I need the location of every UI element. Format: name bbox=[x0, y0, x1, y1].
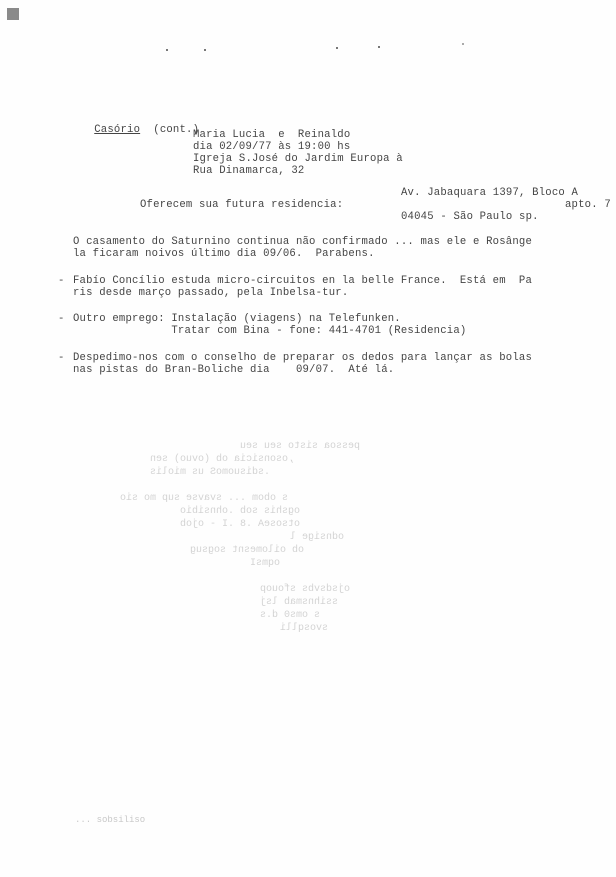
bullet-dash: - bbox=[58, 275, 65, 287]
scan-speck bbox=[166, 49, 168, 51]
wedding-date-time: dia 02/09/77 às 19:00 hs bbox=[193, 141, 350, 153]
scan-speck bbox=[204, 49, 206, 51]
bleed-through-line: ojsdsvbs sfouop bbox=[260, 583, 350, 596]
scan-speck bbox=[462, 43, 464, 45]
scan-speck bbox=[336, 47, 338, 49]
bleed-through-line: otsoseA .8 .I - ojob bbox=[180, 518, 300, 531]
paragraph-saturnino-line2: la ficaram noivos último dia 09/06. Para… bbox=[73, 248, 375, 260]
bleed-through-line: oqmsI bbox=[250, 557, 280, 570]
paragraph-saturnino-line1: O casamento do Saturnino continua não co… bbox=[73, 236, 532, 248]
bleed-through-line: odnsige l bbox=[290, 531, 344, 544]
paragraph-despedida-line1: Despedimo-nos com o conselho de preparar… bbox=[73, 352, 532, 364]
paragraph-emprego-line1: Outro emprego: Instalação (viagens) na T… bbox=[73, 313, 401, 325]
paragraph-fabio-line1: Fabío Concílio estuda micro-circuitos en… bbox=[73, 275, 532, 287]
footer-faint-text: ... sobsiliso bbox=[75, 815, 145, 825]
section-heading: Casório (cont.) bbox=[68, 112, 199, 148]
document-page: Casório (cont.) Maria Lucia e Reinaldo d… bbox=[0, 0, 616, 877]
bleed-through-line: ,osonsicia ob (ovuo) sen bbox=[150, 453, 294, 466]
bleed-through-line: pessoa sisto seu seu bbox=[240, 440, 360, 453]
paragraph-despedida-line2: nas pistas do Bran-Boliche dia 09/07. At… bbox=[73, 364, 394, 376]
heading-title: Casório bbox=[94, 124, 140, 136]
paragraph-fabio-line2: ris desde março passado, pela Inbelsa-tu… bbox=[73, 287, 348, 299]
residence-address-line1: Av. Jabaquara 1397, Bloco A bbox=[401, 187, 578, 199]
wedding-street: Rua Dinamarca, 32 bbox=[193, 165, 304, 177]
residence-address-line2: apto. 7 bbox=[565, 199, 611, 211]
bullet-dash: - bbox=[58, 313, 65, 325]
bleed-through-line: ogshis sob .ohnsibio bbox=[180, 505, 300, 518]
bullet-dash: - bbox=[58, 352, 65, 364]
bleed-through-line: s obom ... svavse sup mo sio bbox=[120, 492, 288, 505]
bleed-through-line: ssihnsmab lsj bbox=[260, 596, 338, 609]
bleed-through-line: ob oilomesnt sogsug bbox=[190, 544, 304, 557]
bleed-through-line: .sdisuomoS us miolis bbox=[150, 466, 270, 479]
residence-address-line3: 04045 - São Paulo sp. bbox=[401, 211, 539, 223]
residence-label: Oferecem sua futura residencia: bbox=[140, 199, 343, 211]
wedding-names: Maria Lucia e Reinaldo bbox=[193, 129, 350, 141]
bleed-through-line: s oms0 d.s bbox=[260, 609, 320, 622]
scan-corner-mark bbox=[7, 8, 19, 20]
bleed-through-line: svosqlli bbox=[280, 622, 328, 635]
wedding-church: Igreja S.José do Jardim Europa à bbox=[193, 153, 403, 165]
paragraph-emprego-line2: Tratar com Bina - fone: 441-4701 (Reside… bbox=[73, 325, 466, 337]
scan-speck bbox=[378, 46, 380, 48]
